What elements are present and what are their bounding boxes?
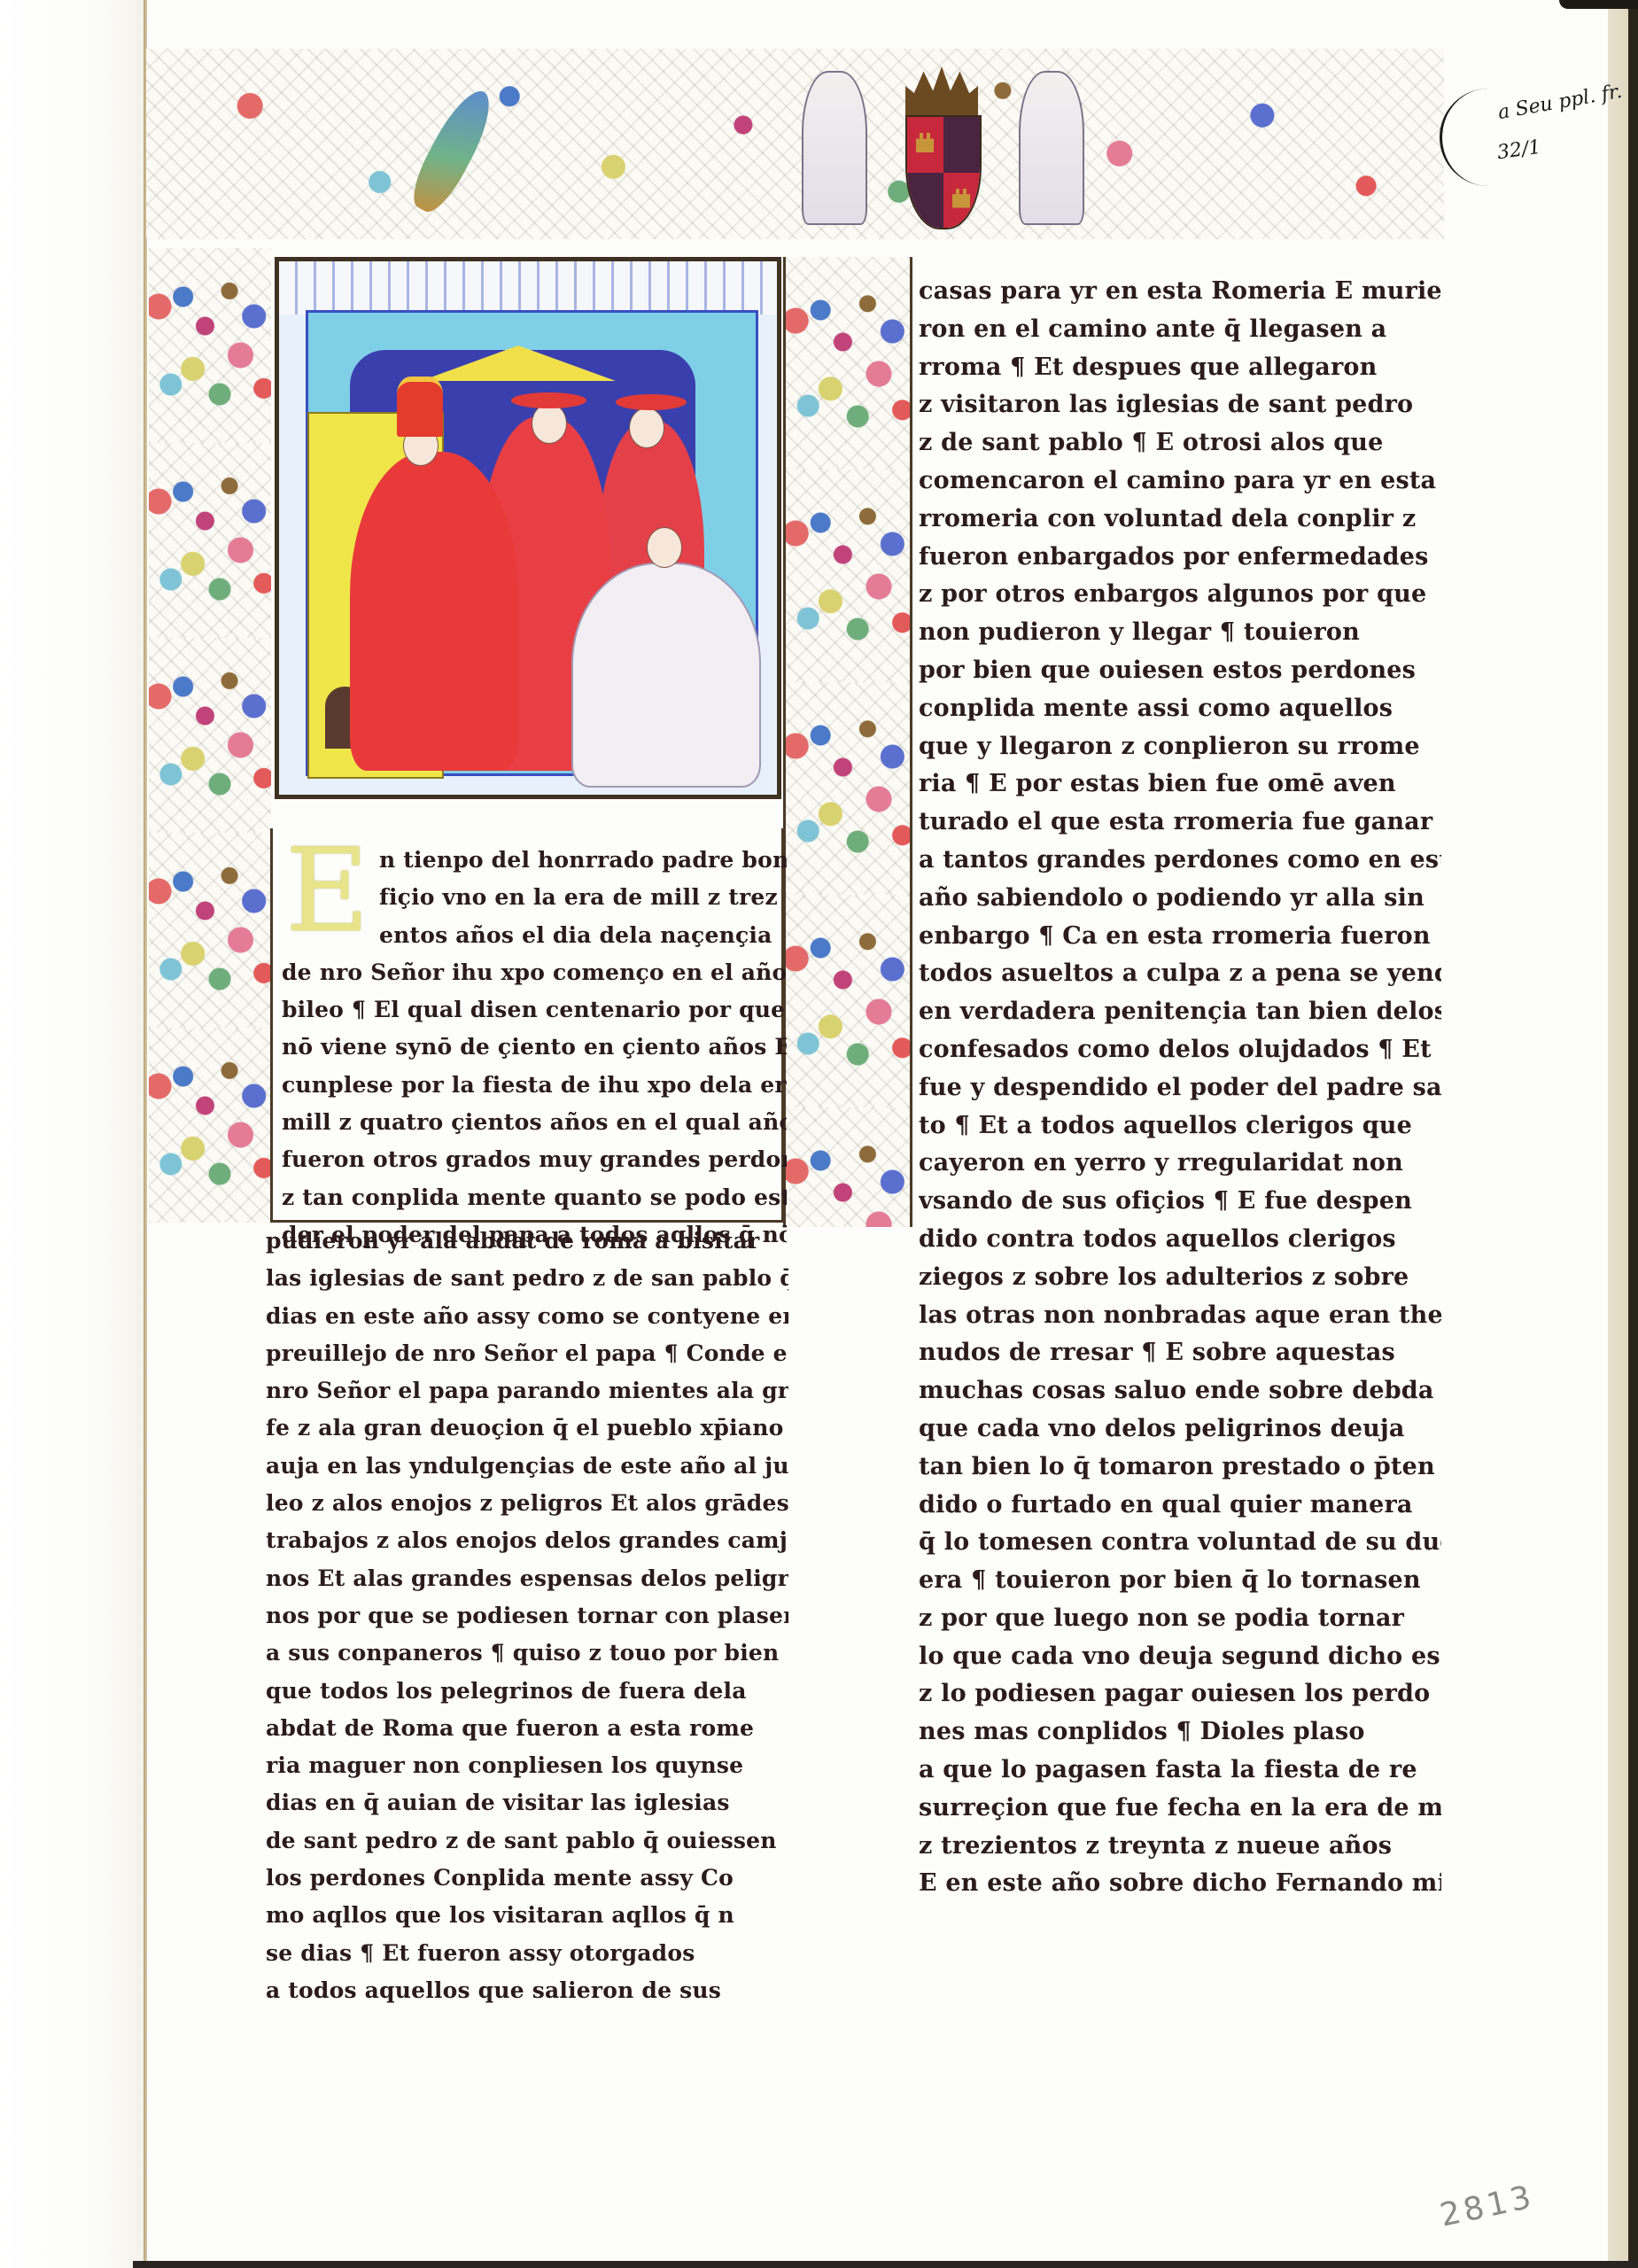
- text-line: rroma ¶ Et despues que allegaron: [919, 349, 1441, 387]
- miniature-ceiling: [279, 261, 777, 315]
- text-line: de sant pedro z de sant pablo q̄ ouiesse…: [266, 1822, 788, 1860]
- angel-left-figure: [802, 71, 867, 225]
- text-line: a tantos grandes perdones como en este: [919, 842, 1441, 880]
- text-line: z de sant pablo ¶ E otrosi alos que: [919, 424, 1441, 462]
- text-line: fiçio vno en la era de mill z trez: [282, 879, 787, 916]
- shield-quarter-castle: [943, 173, 980, 229]
- text-line: mo aqllos que los visitaran aqllos q̄ n: [266, 1897, 788, 1934]
- text-line: que cada vno delos peligrinos deuja: [919, 1410, 1441, 1449]
- text-line: se dias ¶ Et fueron assy otorgados: [266, 1935, 788, 1972]
- shelfmark-line-2: 32/1: [1496, 136, 1542, 165]
- text-line: las iglesias de sant pedro z de san pabl…: [266, 1260, 788, 1297]
- text-line: cayeron en yerro y rregularidat non: [919, 1145, 1441, 1183]
- text-line: z por que luego non se podia tornar: [919, 1600, 1441, 1638]
- text-line: año sabiendolo o podiendo yr alla sin: [919, 880, 1441, 918]
- text-line: fueron enbargados por enfermedades: [919, 539, 1441, 577]
- text-line: enbargo ¶ Ca en esta rromeria fueron: [919, 918, 1441, 956]
- shelfmark-line-1: a Seu ppl. fr.: [1496, 81, 1624, 124]
- text-line: z lo podiesen pagar ouiesen los perdo: [919, 1675, 1441, 1713]
- text-line: entos años el dia dela naçençia: [282, 917, 787, 954]
- coat-of-arms-shield: [905, 115, 982, 229]
- text-line: nō viene synō de çiento en çiento años E: [282, 1029, 787, 1066]
- text-line: que todos los pelegrinos de fuera dela: [266, 1673, 788, 1710]
- background-edge: [1628, 0, 1638, 2268]
- text-line: comencaron el camino para yr en esta: [919, 462, 1441, 501]
- text-line: por bien que ouiesen estos perdones: [919, 652, 1441, 690]
- text-line: cunplese por la fiesta de ihu xpo dela e…: [282, 1067, 787, 1104]
- text-line: leo z alos enojos z peligros Et alos grā…: [266, 1485, 788, 1522]
- shield-quarter: [943, 117, 980, 173]
- text-line: vsando de sus ofiçios ¶ E fue despen: [919, 1183, 1441, 1221]
- text-line: a que lo pagasen fasta la fiesta de re: [919, 1751, 1441, 1790]
- text-line: abdat de Roma que fueron a esta rome: [266, 1710, 788, 1747]
- text-line: dido contra todos aquellos clerigos: [919, 1221, 1441, 1259]
- center-floral-border: [783, 257, 912, 1227]
- text-line: nudos de rresar ¶ E sobre aquestas: [919, 1334, 1441, 1372]
- text-line: turado el que esta rromeria fue ganar: [919, 804, 1441, 842]
- top-floral-border: [146, 49, 1444, 239]
- text-line: lo que cada vno deuja segund dicho es: [919, 1638, 1441, 1676]
- left-column-boxed-text: n tienpo del honrrado padre bon fiçio vn…: [282, 842, 787, 1254]
- text-line: dias en q̄ auian de visitar las iglesias: [266, 1784, 788, 1821]
- cardinal-head: [629, 408, 664, 448]
- text-line: dido o furtado en qual quier manera: [919, 1487, 1441, 1525]
- papal-tiara-icon: [397, 377, 443, 437]
- text-line: trabajos z alos enojos delos grandes cam…: [266, 1522, 788, 1559]
- text-line: nro Señor el papa parando mientes ala gr…: [266, 1372, 788, 1410]
- text-line: nes mas conplidos ¶ Dioles plaso: [919, 1713, 1441, 1751]
- text-line: casas para yr en esta Romeria E murie: [919, 273, 1441, 311]
- text-line: non pudieron y llegar ¶ touieron: [919, 614, 1441, 652]
- text-line: de nro Señor ihu xpo començo en el año J…: [282, 954, 787, 991]
- shield-quarter: [907, 173, 943, 229]
- text-line: las otras non nonbradas aque eran the: [919, 1297, 1441, 1335]
- page-corner-shadow: [1559, 0, 1638, 9]
- miniature-painting: [275, 257, 781, 799]
- cardinal-head: [532, 403, 567, 444]
- angel-right-figure: [1019, 71, 1084, 225]
- facing-page-edge: [0, 0, 144, 2268]
- text-line: rromeria con voluntad dela conplir z: [919, 501, 1441, 539]
- text-line: n tienpo del honrrado padre bon: [282, 842, 787, 879]
- left-column-text: pudieron yr ala abdat de roma a bisitar …: [266, 1223, 788, 2009]
- text-line: ria maguer non conpliesen los quynse: [266, 1747, 788, 1784]
- text-line: ziegos z sobre los adulterios z sobre: [919, 1259, 1441, 1297]
- shelfmark-annotation: a Seu ppl. fr. 32/1: [1462, 84, 1595, 182]
- text-line: ron en el camino ante q̄ llegasen a: [919, 311, 1441, 349]
- text-line: era ¶ touieron por bien q̄ lo tornasen: [919, 1562, 1441, 1600]
- text-line: muchas cosas saluo ende sobre debda: [919, 1372, 1441, 1410]
- text-line: ria ¶ E por estas bien fue omē aven: [919, 765, 1441, 804]
- text-line: fe z ala gran deuoçion q̄ el pueblo xp̄i…: [266, 1410, 788, 1447]
- pope-figure: [350, 452, 518, 771]
- text-line: mill z quatro çientos años en el qual añ…: [282, 1104, 787, 1141]
- text-line: conplida mente assi como aquellos: [919, 690, 1441, 728]
- text-line: pudieron yr ala abdat de roma a bisitar: [266, 1223, 788, 1260]
- kneeling-figure: [571, 563, 761, 788]
- text-line: fue y despendido el poder del padre san: [919, 1069, 1441, 1107]
- text-line: confesados como delos olujdados ¶ Et: [919, 1031, 1441, 1069]
- shield-quarter-castle: [907, 117, 943, 173]
- right-column-text: casas para yr en esta Romeria E murie ro…: [919, 273, 1441, 1903]
- text-line: todos asueltos a culpa z a pena se yendo: [919, 955, 1441, 993]
- text-line: fueron otros grados muy grandes perdones…: [282, 1141, 787, 1178]
- text-line: bileo ¶ El qual disen centenario por que: [282, 991, 787, 1029]
- cardinal-hat-icon: [511, 392, 586, 408]
- text-line: q̄ lo tomesen contra voluntad de su dueñ…: [919, 1524, 1441, 1562]
- text-line: auja en las yndulgençias de este año al …: [266, 1448, 788, 1485]
- left-floral-border: [149, 248, 271, 1223]
- text-line: a sus conpaneros ¶ quiso z touo por bien: [266, 1635, 788, 1672]
- text-line: z visitaron las iglesias de sant pedro: [919, 386, 1441, 424]
- text-line: tan bien lo q̄ tomaron prestado o p̄ten: [919, 1449, 1441, 1487]
- text-line: E en este año sobre dicho Fernando mis: [919, 1865, 1441, 1903]
- text-line: que y llegaron z conplieron su rrome: [919, 728, 1441, 766]
- text-line: los perdones Conplida mente assy Co: [266, 1860, 788, 1897]
- castle-icon: [916, 133, 934, 152]
- text-line: nos Et alas grandes espensas delos pelig…: [266, 1560, 788, 1597]
- kneeling-figure-head: [647, 527, 682, 568]
- pencil-folio-number: 2813: [1437, 2179, 1538, 2233]
- text-line: z trezientos z treynta z nueue años: [919, 1828, 1441, 1866]
- text-line: to ¶ Et a todos aquellos clerigos que: [919, 1107, 1441, 1146]
- page-bottom-edge: [133, 2261, 1638, 2268]
- text-line: a todos aquellos que salieron de sus: [266, 1972, 788, 2009]
- castle-icon: [952, 189, 970, 208]
- text-line: nos por que se podiesen tornar con plase…: [266, 1597, 788, 1635]
- text-line: z tan conplida mente quanto se podo este…: [282, 1179, 787, 1216]
- text-line: en verdadera penitençia tan bien delos: [919, 993, 1441, 1031]
- text-line: surreçion que fue fecha en la era de mil…: [919, 1790, 1441, 1828]
- text-line: preuillejo de nro Señor el papa ¶ Conde …: [266, 1335, 788, 1372]
- gilt-gutter-line: [144, 0, 147, 2268]
- text-line: dias en este año assy como se contyene e…: [266, 1298, 788, 1335]
- cardinal-hat-icon: [616, 394, 687, 410]
- text-line: z por otros enbargos algunos por que: [919, 576, 1441, 614]
